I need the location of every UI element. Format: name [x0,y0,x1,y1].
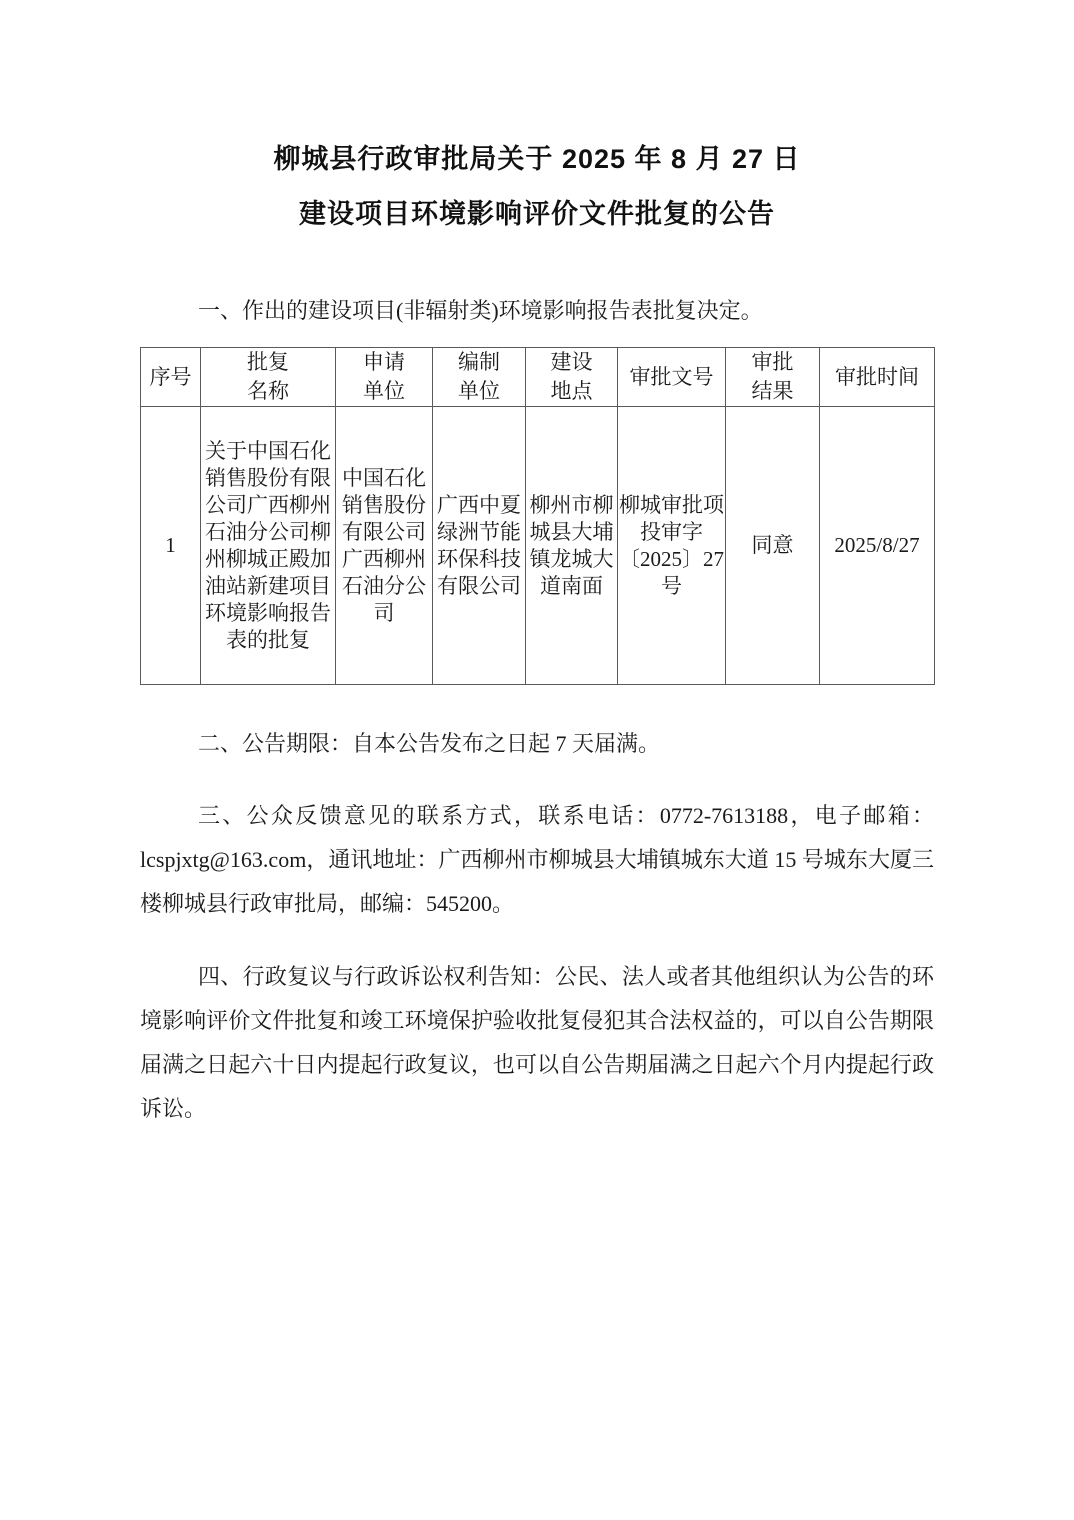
cell-approval-name: 关于中国石化销售股份有限公司广西柳州石油分公司柳州柳城正殿加油站新建项目 环境影… [201,407,336,685]
section-two-paragraph: 二、公告期限：自本公告发布之日起 7 天届满。 [140,722,934,766]
col-header-date: 审批时间 [820,348,935,407]
cell-preparer: 广西中夏绿洲节能环保科技有限公司 [433,407,526,685]
table-row: 1 关于中国石化销售股份有限公司广西柳州石油分公司柳州柳城正殿加油站新建项目 环… [141,407,935,685]
cell-result: 同意 [726,407,820,685]
page-title-line1: 柳城县行政审批局关于 2025 年 8 月 27 日 [140,132,934,187]
table-header-row: 序号 批复 名称 申请 单位 编制 单位 建设 地点 审批文号 审批 结果 审批… [141,348,935,407]
col-header-location: 建设 地点 [526,348,618,407]
col-header-preparer: 编制 单位 [433,348,526,407]
col-header-doc-number: 审批文号 [618,348,726,407]
cell-location: 柳州市柳城县大埔镇龙城大道南面 [526,407,618,685]
cell-doc-number: 柳城审批项投审字〔2025〕27 号 [618,407,726,685]
col-header-applicant: 申请 单位 [336,348,433,407]
section-three-paragraph: 三、公众反馈意见的联系方式，联系电话：0772-7613188，电子邮箱：lcs… [140,794,934,926]
section-four-paragraph: 四、行政复议与行政诉讼权利告知：公民、法人或者其他组织认为公告的环境影响评价文件… [140,955,934,1131]
cell-seq: 1 [141,407,201,685]
section-one-heading: 一、作出的建设项目(非辐射类)环境影响报告表批复决定。 [140,294,934,327]
cell-applicant: 中国石化销售股份有限公司广西柳州石油分公司 [336,407,433,685]
col-header-approval-name: 批复 名称 [201,348,336,407]
announcement-page: 柳城县行政审批局关于 2025 年 8 月 27 日 建设项目环境影响评价文件批… [0,0,1074,1520]
cell-date: 2025/8/27 [820,407,935,685]
page-title-line2: 建设项目环境影响评价文件批复的公告 [140,187,934,242]
col-header-seq: 序号 [141,348,201,407]
col-header-result: 审批 结果 [726,348,820,407]
approval-decision-table: 序号 批复 名称 申请 单位 编制 单位 建设 地点 审批文号 审批 结果 审批… [140,347,935,685]
